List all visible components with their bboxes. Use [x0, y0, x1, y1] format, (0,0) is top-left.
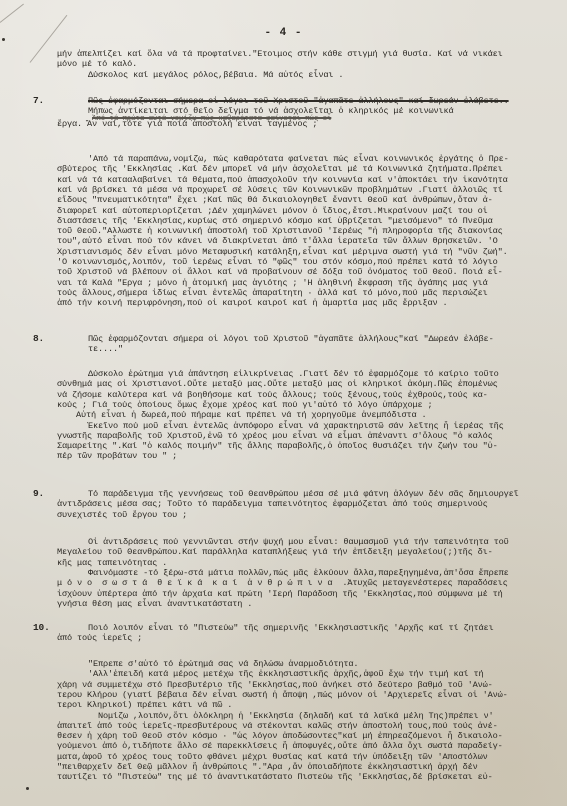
answer-line: "πειθαρχεῖν δεῖ Θεῷ μᾶλλον ἤ ἀνθρώποις "…	[57, 762, 478, 772]
answer-line: τοῦ Θεοῦ."Αλλωστε ἡ κοινωνική ἀποστολή τ…	[57, 226, 503, 236]
item-number: 10.	[33, 623, 50, 633]
question-line: ἀπό τούς ἱερεῖς ;	[57, 633, 142, 643]
item-number: 7.	[33, 96, 44, 106]
item-number: 9.	[33, 489, 44, 499]
question-line: Τό παράδειγμα τῆς γεννήσεως τοῦ Θεανθρώπ…	[88, 489, 519, 499]
answer-line: πέρ τῶν προβάτων του " ;	[57, 451, 177, 461]
answer-line: τούς ἄλλους,σήμερα ἰδίως εἶναι ἐντελῶς ἀ…	[57, 288, 488, 298]
answer-line: του",αὐτό εἶναι πού τόν κάνει νά διακρίν…	[57, 236, 498, 246]
answer-line: Νομίζω ,λοιπόν,ὅτι ὁλόκληρη ἡ 'Εκκλησία …	[98, 711, 494, 721]
answer-line: Ἐκεῖνο πού μοῦ εἶναι ἐντελῶς ἀνπόφορο εἶ…	[88, 421, 504, 431]
answer-line: γνήσια θέση μας εἶναι ἀναντικατάστατη .	[57, 599, 252, 609]
answer-line: σύνθημά μας οἱ Χριστιανοί.Οὔτε μεταξύ μα…	[57, 379, 498, 389]
answer-line: κῆς μας ταπεινότητας .	[57, 558, 167, 568]
answer-line: ἀπαιτεῖ ἀπό τούς ἱερεῖς-πρεσβυτέρους νά …	[57, 721, 498, 731]
answer-line: θεσεν ἡ χάρη τοῦ Θεοῦ στόν κόσμο · "ὡς λ…	[57, 731, 503, 741]
answer-line: γνωστῆς παραβολῆς τοῦ Χριστοῦ,ἐνῶ τό χρέ…	[57, 431, 493, 441]
answer-line: σβύτερος τῆς 'Εκκλησίας .Καί δέν μπορεῖ …	[57, 164, 503, 174]
answer-line: "Επρεπε σ'αὐτό τό ἐρώτημά σας νά δηλώσω …	[88, 659, 358, 669]
question-line: συνεχιστές τοῦ ἔργου του ;	[57, 510, 187, 520]
question-line: Ποιό λοιπόν εἶναι τό "Πιστεύω" τῆς σημερ…	[88, 623, 494, 633]
intro-line: μόνο μέ τό καλό.	[57, 59, 137, 69]
answer-line: χάρη νά συμμετέχω στό Πρεσβυτέριο τῆς 'Ε…	[57, 680, 493, 690]
answer-line: Αὐτή εἶναι ἡ δωρεά,πού πήραμε καί πρέπει…	[76, 410, 427, 420]
answer-line: ταυτίζει τό "Πιστεύω" της μέ τό ἀναντικα…	[57, 772, 493, 782]
answer-line: τερου Κλήρου (γιατί βέβαια δέν εἶναι σωσ…	[57, 690, 508, 700]
answer-line: μ ό ν ο σ ω σ τ ά θ ε ϊ κ ά κ α ί ἀ ν θ …	[57, 578, 508, 588]
answer-line: Δύσκολο ἐρώτημα γιά ἀπάντηση εἰλικρίνεια…	[88, 369, 499, 379]
answer-line: ἰσχύουν ὑπέρτερα ἀπό τήν ἀρχαία καί πρώτ…	[57, 589, 503, 599]
answer-line: ματα,ἀφοῦ τό χρέος τους τοῦτο φθάνει μέχ…	[57, 752, 488, 762]
answer-line: νά ζήσομε καλύτερα καί νά βοηθήσομε καί …	[57, 390, 488, 400]
question-line: Πῶς ἐφαρμόζονται σήμερα οἱ λόγοι τοῦ Χρι…	[88, 334, 494, 344]
question-line: ἔργα. Ἄν ναί,τότε γιά ποιά ἀποστολή εἶνα…	[57, 119, 317, 129]
answer-line: κούς ; Γιά τούς ὁποίους ὅμως ἔχομε χρέος…	[57, 400, 433, 410]
answer-line: τεροι Κληρικοί) πρέπει κάτι νά πῶ .	[57, 700, 232, 710]
item-number: 8.	[33, 334, 44, 344]
answer-line: Φαινόμαστε -τό ξέρω-στά μάτια πολλῶν,πώς…	[88, 568, 509, 578]
answer-line: διαστάσεις τῆς 'Εκκλησίας,κυρίως στό σημ…	[57, 216, 493, 226]
question-line: ἀντιδράσεις μέσα σας; Τοῦτο τό παράδειγμ…	[57, 499, 488, 509]
question-line: τε...."	[88, 344, 123, 354]
struck-question: Πῶς ἐφαρμόζονται σήμερα οἱ λόγοι τοῦ Χρι…	[88, 96, 509, 106]
answer-line: 'Ο κοινωνισμός,λοιπόν, τοῦ ἱερέως εἶναι …	[57, 257, 498, 267]
answer-line: Χριστιανισμός δέν εἶναι μόνο Μεταφυσική …	[57, 247, 508, 257]
answer-line: Μεγαλείου τοῦ Θεανθρώπου.Καί παράλληλα κ…	[57, 547, 493, 557]
answer-line: τοῦ Χριστοῦ νά βλέπουν οἱ ἄλλοι καί νά π…	[57, 267, 503, 277]
answer-line: γούμενοι ἀπό ὁ,τιδήποτε ἄλλο σέ παρεκκλί…	[57, 741, 503, 751]
ink-mark	[26, 787, 29, 790]
answer-line: ναι τά Καλά "Εργα ; μόνο ἡ ἀτομική μας ἁ…	[57, 278, 488, 288]
answer-line: Σαμαρείτης ".Καί "ὁ καλός ποιμήν" τῆς ἄλ…	[57, 441, 498, 451]
answer-line: 'Αλλ'ἐπειδή κατά μέρος μετέχω τῆς ἐκκλησ…	[88, 669, 484, 679]
intro-line: Δύσκολος καί μεγάλος ρόλος,βέβαια. Μά αὐ…	[88, 70, 343, 80]
answer-line: 'Από τά παραπάνω,νομίζω, πώς καθαρότατα …	[88, 154, 509, 164]
intro-line: μήν ἀπελπίζει καί ὅλα νά τά προφταίνει."…	[57, 49, 503, 59]
answer-line: καί νά τά κατααλαβαίνει τά θέματα,πού ἀπ…	[57, 175, 508, 185]
answer-line: καί νά βρίσκει τά μέσα νά προχωρεῖ σέ λύ…	[57, 185, 503, 195]
answer-line: διαφορεῖ καί αὐτοπεριορίζεται ;Δέν χαμηλ…	[57, 206, 488, 216]
answer-line: ἀπό τήν κοινή περιφρόνηση,πού οἱ καιροί …	[57, 298, 448, 308]
answer-line: εἴδους "πνευματικότητα" ἔχει ;Καί πῶς θά…	[57, 195, 493, 205]
page-number: - 4 -	[0, 27, 567, 39]
answer-line: Οἱ ἀντιδράσεις πού γεννιῶνται στήν ψυχή …	[88, 537, 509, 547]
